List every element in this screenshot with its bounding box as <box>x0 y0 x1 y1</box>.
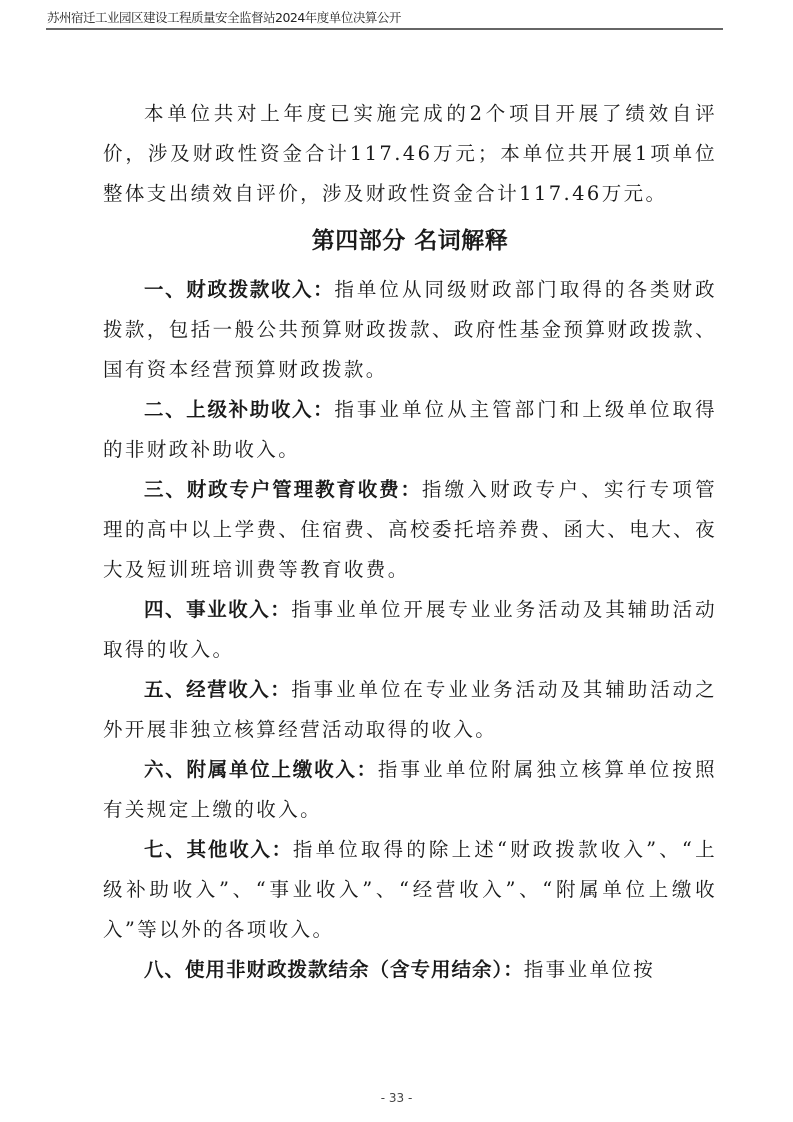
section-title: 第四部分 名词解释 <box>103 221 717 261</box>
page-number: - 33 - <box>0 1091 793 1105</box>
term-entry-1: 一、财政拨款收入：指单位从同级财政部门取得的各类财政拨款，包括一般公共预算财政拨… <box>103 270 717 390</box>
term-entry-7: 七、其他收入：指单位取得的除上述“财政拨款收入”、“上级补助收入”、“事业收入”… <box>103 830 717 950</box>
term-label: 六、附属单位上缴收入： <box>144 758 378 781</box>
term-label: 一、财政拨款收入： <box>144 278 334 301</box>
term-entry-8: 八、使用非财政拨款结余（含专用结余）：指事业单位按 <box>103 950 717 990</box>
term-label: 三、财政专户管理教育收费： <box>144 478 422 501</box>
term-label: 八、使用非财政拨款结余（含专用结余）： <box>144 958 524 981</box>
term-entry-4: 四、事业收入：指事业单位开展专业业务活动及其辅助活动取得的收入。 <box>103 590 717 670</box>
term-label: 四、事业收入： <box>144 598 291 621</box>
page-body: 本单位共对上年度已实施完成的2个项目开展了绩效自评价，涉及财政性资金合计117.… <box>103 94 717 990</box>
term-entry-3: 三、财政专户管理教育收费：指缴入财政专户、实行专项管理的高中以上学费、住宿费、高… <box>103 470 717 590</box>
term-label: 五、经营收入： <box>144 678 291 701</box>
term-label: 二、上级补助收入： <box>144 398 334 421</box>
running-header: 苏州宿迁工业园区建设工程质量安全监督站2024年度单位决算公开 <box>47 8 401 26</box>
term-entry-2: 二、上级补助收入：指事业单位从主管部门和上级单位取得的非财政补助收入。 <box>103 390 717 470</box>
term-definition: 指事业单位按 <box>524 958 655 981</box>
term-entry-6: 六、附属单位上缴收入：指事业单位附属独立核算单位按照有关规定上缴的收入。 <box>103 750 717 830</box>
intro-paragraph: 本单位共对上年度已实施完成的2个项目开展了绩效自评价，涉及财政性资金合计117.… <box>103 94 717 214</box>
term-label: 七、其他收入： <box>144 838 293 861</box>
term-entry-5: 五、经营收入：指事业单位在专业业务活动及其辅助活动之外开展非独立核算经营活动取得… <box>103 670 717 750</box>
header-rule <box>46 28 723 30</box>
